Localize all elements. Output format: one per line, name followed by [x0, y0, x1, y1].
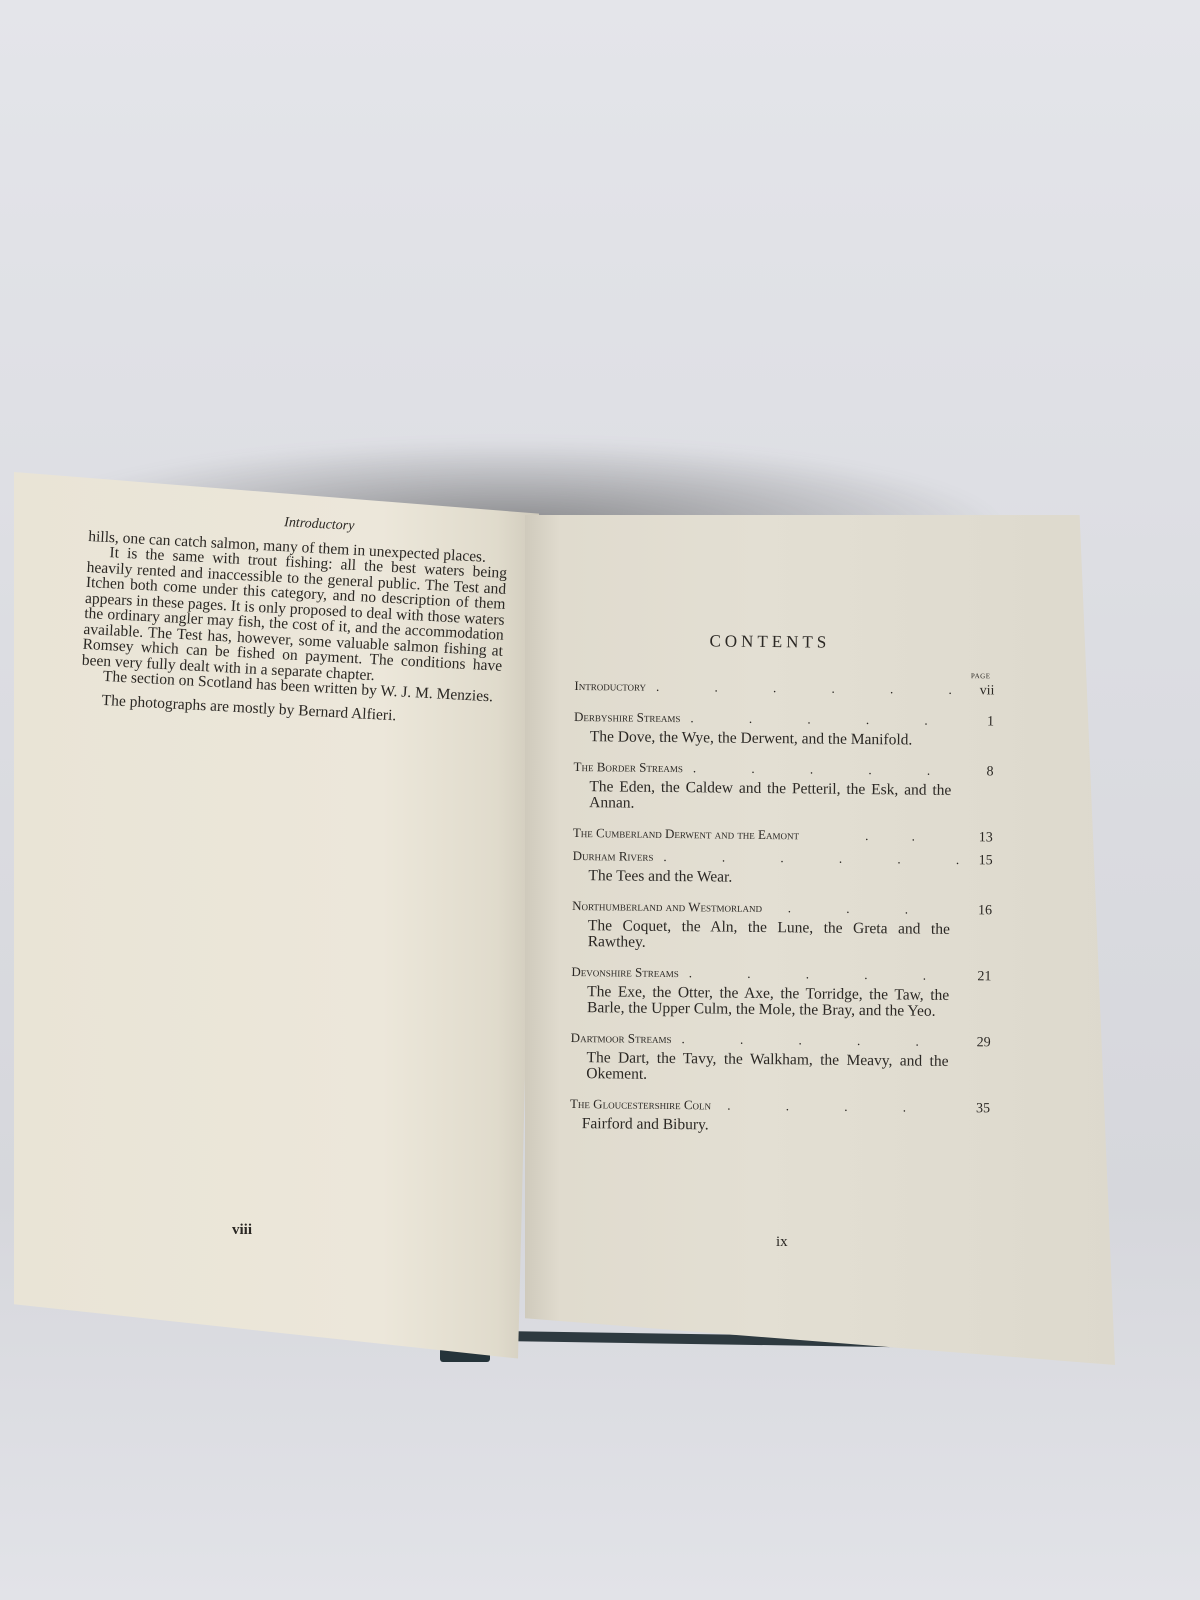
left-page-text: Introductory hills, one can catch salmon…: [79, 505, 509, 729]
toc-entry: The Gloucestershire Coln . . . . 35 Fair…: [570, 1096, 990, 1136]
leader-dots: . . . .: [711, 1097, 962, 1116]
entry-subtitle: The Tees and the Wear.: [572, 868, 950, 888]
page-number-right: ix: [776, 1234, 788, 1251]
entry-title: Northumberland and Westmorland: [572, 898, 762, 916]
entry-page: 13: [965, 830, 993, 846]
entry-page: 1: [966, 714, 994, 730]
entry-subtitle: Fairford and Bibury.: [570, 1116, 948, 1136]
page-number-left: viii: [232, 1222, 252, 1239]
entry-subtitle: The Dove, the Wye, the Derwent, and the …: [574, 729, 952, 749]
toc-entry: Northumberland and Westmorland . . . 16 …: [572, 898, 993, 954]
entry-title: Derbyshire Streams: [574, 709, 681, 726]
entry-page: 21: [963, 969, 991, 985]
leader-dots: . . . . . .: [671, 1031, 962, 1050]
toc-entry: The Border Streams . . . . . . 8 The Ede…: [573, 759, 994, 815]
leader-dots: . . . . . .: [653, 849, 964, 868]
entry-page: 15: [965, 853, 993, 869]
contents-title: CONTENTS: [575, 630, 995, 654]
leader-dots: . . . . . .: [646, 679, 966, 698]
entry-title: Introductory: [574, 678, 646, 695]
entry-page: vii: [966, 683, 994, 699]
entry-subtitle: The Eden, the Caldew and the Petteril, t…: [573, 779, 951, 815]
entry-subtitle: The Exe, the Otter, the Axe, the Torridg…: [571, 984, 949, 1020]
entry-page: 29: [963, 1035, 991, 1051]
toc-entry: Dartmoor Streams . . . . . . 29 The Dart…: [570, 1030, 991, 1086]
leader-dots: . . .: [762, 900, 964, 918]
entry-subtitle: The Coquet, the Aln, the Lune, the Greta…: [572, 918, 950, 954]
paragraph: It is the same with trout fishing: all t…: [81, 544, 507, 690]
leader-dots: . . . . . .: [679, 965, 964, 984]
entry-page: 8: [965, 764, 993, 780]
toc-entry: The Cumberland Derwent and the Eamont . …: [573, 825, 993, 846]
toc-entry: Durham Rivers . . . . . . 15 The Tees an…: [572, 848, 992, 888]
entry-title: Durham Rivers: [573, 848, 654, 865]
entry-page: 35: [962, 1101, 990, 1117]
table-of-contents: CONTENTS PAGE Introductory . . . . . . v…: [570, 630, 995, 1150]
entry-title: The Border Streams: [573, 759, 683, 776]
entry-subtitle: The Dart, the Tavy, the Walkham, the Mea…: [570, 1050, 948, 1086]
toc-entry: Devonshire Streams . . . . . . 21 The Ex…: [571, 964, 992, 1020]
entry-title: The Cumberland Derwent and the Eamont: [573, 825, 799, 843]
toc-entry: Introductory . . . . . . vii: [574, 678, 994, 699]
entry-title: Devonshire Streams: [571, 964, 679, 981]
toc-entry: Derbyshire Streams . . . . . . 1 The Dov…: [574, 709, 994, 749]
entry-title: Dartmoor Streams: [571, 1030, 672, 1047]
entry-title: The Gloucestershire Coln: [570, 1096, 711, 1113]
leader-dots: . . . . . .: [683, 760, 966, 779]
leader-dots: . . . . . .: [680, 710, 966, 729]
entry-page: 16: [964, 903, 992, 919]
leader-dots: . .: [799, 827, 965, 845]
